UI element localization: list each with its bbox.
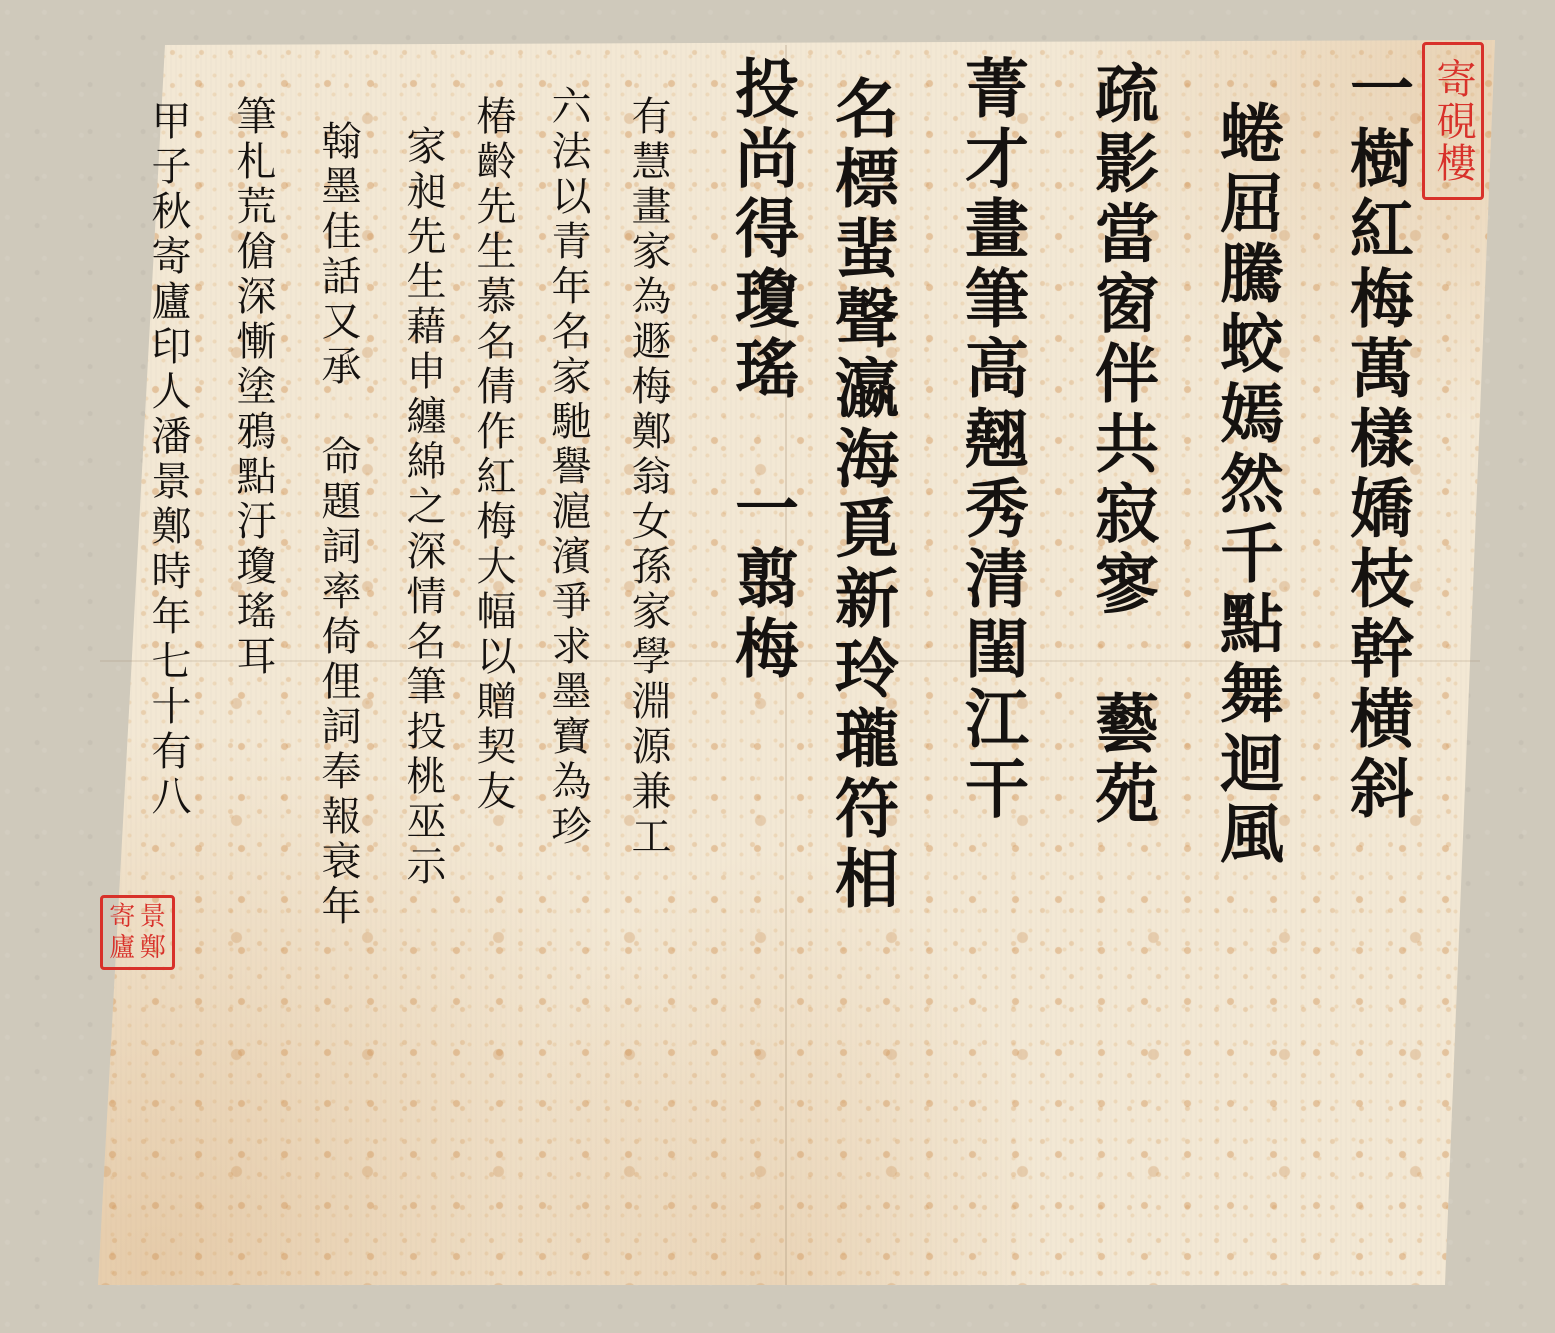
poem-column-4: 菁才畫筆高翹秀清閨江干 (945, 55, 1037, 825)
colophon-column-3: 椿齡先生慕名倩作紅梅大幅以贈契友 (465, 95, 522, 815)
colophon-column-6: 筆札荒傖深慚塗鴉點汙瓊瑤耳 (225, 95, 282, 680)
poem-column-1: 一樹紅梅萬樣嬌枝幹横斜 (1330, 55, 1422, 825)
colophon-column-1: 有慧畫家為遯梅鄭翁女孫家學淵源兼工 (620, 95, 677, 860)
seal-char: 廬 (107, 935, 138, 961)
signature-column: 甲子秋寄廬印人潘景鄭時年七十有八 (140, 100, 197, 820)
seal-char: 景 (138, 904, 169, 930)
colophon-column-2: 六法以青年名家馳譽滬濱爭求墨寶為珍 (540, 85, 597, 850)
seal-char: 寄 (107, 904, 138, 930)
poem-column-6: 投尚得瓊瑤 一翦梅 (715, 55, 807, 685)
seal-bottom-left: 寄 景 廬 鄭 (100, 895, 175, 970)
seal-top-right: 寄硯樓 (1422, 42, 1484, 200)
seal-char: 鄭 (138, 935, 169, 961)
colophon-column-4: 家昶先生藉申纏綿之深情名筆投桃巫示 (395, 125, 452, 890)
poem-column-5: 名標蜚聲瀛海覓新玲瓏符相 (815, 75, 907, 915)
poem-column-3: 疏影當窗伴共寂寥 藝苑 (1075, 60, 1167, 830)
poem-column-2: 蜷屈騰蛟嫣然千點舞迴風 (1200, 100, 1292, 870)
colophon-column-5: 翰墨佳話又承 命題詞率倚俚詞奉報衰年 (310, 120, 367, 930)
